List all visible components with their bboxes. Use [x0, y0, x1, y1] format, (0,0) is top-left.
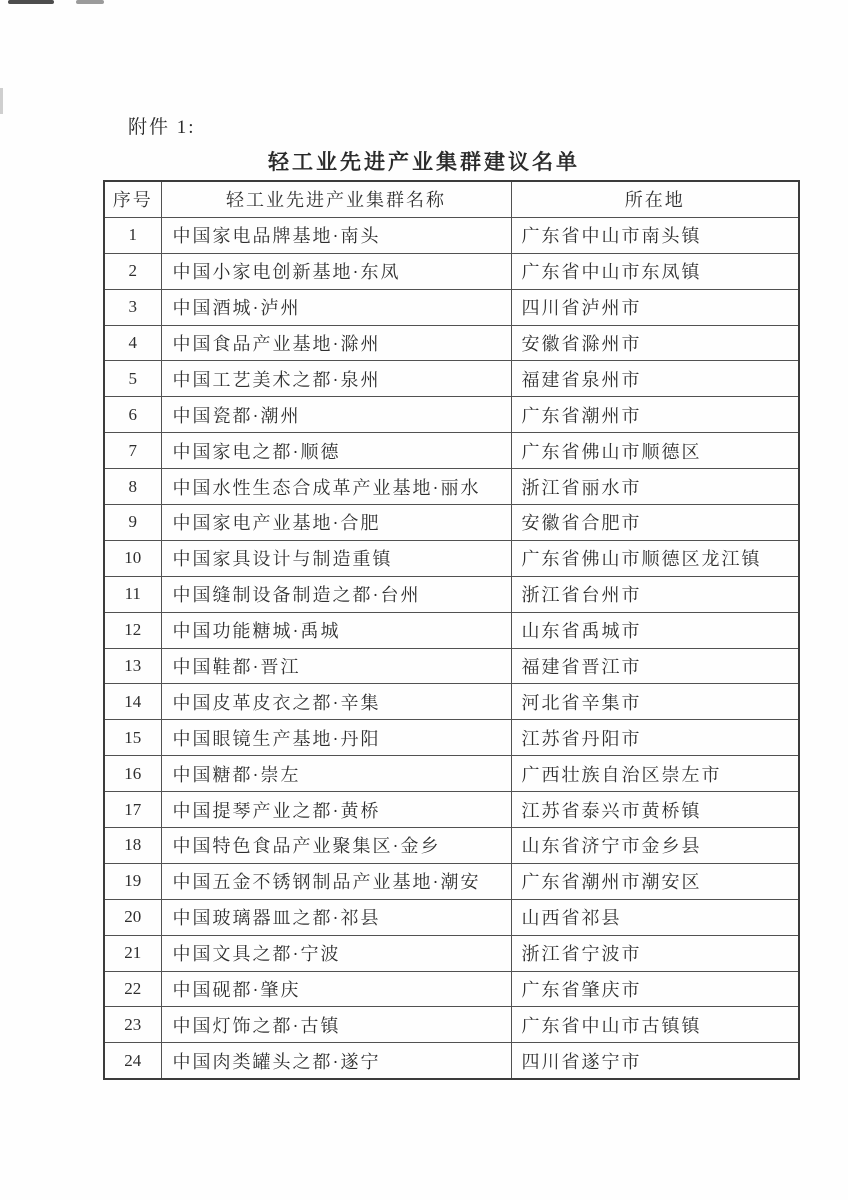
- cell-serial: 3: [104, 289, 161, 325]
- table-body: 1 中国家电品牌基地·南头 广东省中山市南头镇 2 中国小家电创新基地·东凤 广…: [104, 217, 799, 1079]
- cell-name: 中国玻璃器皿之都·祁县: [161, 899, 511, 935]
- column-header-location: 所在地: [511, 181, 799, 217]
- table-row: 5 中国工艺美术之都·泉州 福建省泉州市: [104, 361, 799, 397]
- cell-serial: 21: [104, 935, 161, 971]
- document-page: 附件 1: 轻工业先进产业集群建议名单 序号 轻工业先进产业集群名称 所在地 1…: [0, 0, 848, 1200]
- table-row: 19 中国五金不锈钢制品产业基地·潮安 广东省潮州市潮安区: [104, 863, 799, 899]
- cell-name: 中国家电之都·顺德: [161, 433, 511, 469]
- cell-serial: 4: [104, 325, 161, 361]
- scan-artifact: [0, 88, 3, 114]
- cell-serial: 14: [104, 684, 161, 720]
- cell-serial: 16: [104, 756, 161, 792]
- cell-name: 中国特色食品产业聚集区·金乡: [161, 828, 511, 864]
- table-row: 17 中国提琴产业之都·黄桥 江苏省泰兴市黄桥镇: [104, 792, 799, 828]
- cell-name: 中国小家电创新基地·东凤: [161, 253, 511, 289]
- cell-location: 四川省遂宁市: [511, 1043, 799, 1079]
- cell-location: 浙江省丽水市: [511, 469, 799, 505]
- cell-serial: 10: [104, 540, 161, 576]
- document-title: 轻工业先进产业集群建议名单: [0, 146, 848, 176]
- cell-serial: 8: [104, 469, 161, 505]
- cell-serial: 18: [104, 828, 161, 864]
- cell-location: 广东省中山市南头镇: [511, 217, 799, 253]
- table-row: 9 中国家电产业基地·合肥 安徽省合肥市: [104, 505, 799, 541]
- cell-name: 中国酒城·泸州: [161, 289, 511, 325]
- table-header-row: 序号 轻工业先进产业集群名称 所在地: [104, 181, 799, 217]
- column-header-name: 轻工业先进产业集群名称: [161, 181, 511, 217]
- cell-location: 山西省祁县: [511, 899, 799, 935]
- table-row: 6 中国瓷都·潮州 广东省潮州市: [104, 397, 799, 433]
- cell-location: 安徽省合肥市: [511, 505, 799, 541]
- cell-name: 中国工艺美术之都·泉州: [161, 361, 511, 397]
- cell-serial: 20: [104, 899, 161, 935]
- table-row: 14 中国皮革皮衣之都·辛集 河北省辛集市: [104, 684, 799, 720]
- cell-name: 中国水性生态合成革产业基地·丽水: [161, 469, 511, 505]
- cell-location: 江苏省丹阳市: [511, 720, 799, 756]
- table-row: 18 中国特色食品产业聚集区·金乡 山东省济宁市金乡县: [104, 828, 799, 864]
- column-header-serial: 序号: [104, 181, 161, 217]
- cluster-table: 序号 轻工业先进产业集群名称 所在地 1 中国家电品牌基地·南头 广东省中山市南…: [103, 180, 800, 1080]
- scan-artifact: [8, 0, 54, 4]
- cell-location: 广东省潮州市潮安区: [511, 863, 799, 899]
- cell-name: 中国灯饰之都·古镇: [161, 1007, 511, 1043]
- cell-serial: 22: [104, 971, 161, 1007]
- cell-serial: 2: [104, 253, 161, 289]
- cell-location: 广东省潮州市: [511, 397, 799, 433]
- cell-name: 中国鞋都·晋江: [161, 648, 511, 684]
- table-row: 20 中国玻璃器皿之都·祁县 山西省祁县: [104, 899, 799, 935]
- table-row: 11 中国缝制设备制造之都·台州 浙江省台州市: [104, 576, 799, 612]
- table-row: 8 中国水性生态合成革产业基地·丽水 浙江省丽水市: [104, 469, 799, 505]
- cell-serial: 5: [104, 361, 161, 397]
- cell-name: 中国砚都·肇庆: [161, 971, 511, 1007]
- table-row: 1 中国家电品牌基地·南头 广东省中山市南头镇: [104, 217, 799, 253]
- cell-location: 河北省辛集市: [511, 684, 799, 720]
- cell-location: 江苏省泰兴市黄桥镇: [511, 792, 799, 828]
- cell-serial: 1: [104, 217, 161, 253]
- cell-location: 广西壮族自治区崇左市: [511, 756, 799, 792]
- table-row: 10 中国家具设计与制造重镇 广东省佛山市顺德区龙江镇: [104, 540, 799, 576]
- cell-serial: 13: [104, 648, 161, 684]
- cell-name: 中国皮革皮衣之都·辛集: [161, 684, 511, 720]
- cell-location: 安徽省滁州市: [511, 325, 799, 361]
- table-row: 2 中国小家电创新基地·东凤 广东省中山市东凤镇: [104, 253, 799, 289]
- cell-name: 中国提琴产业之都·黄桥: [161, 792, 511, 828]
- cell-serial: 19: [104, 863, 161, 899]
- table-row: 16 中国糖都·崇左 广西壮族自治区崇左市: [104, 756, 799, 792]
- cell-name: 中国家电产业基地·合肥: [161, 505, 511, 541]
- cell-location: 浙江省台州市: [511, 576, 799, 612]
- cell-name: 中国眼镜生产基地·丹阳: [161, 720, 511, 756]
- cell-location: 四川省泸州市: [511, 289, 799, 325]
- cell-name: 中国肉类罐头之都·遂宁: [161, 1043, 511, 1079]
- cell-name: 中国家具设计与制造重镇: [161, 540, 511, 576]
- cell-name: 中国文具之都·宁波: [161, 935, 511, 971]
- cell-name: 中国糖都·崇左: [161, 756, 511, 792]
- cell-name: 中国瓷都·潮州: [161, 397, 511, 433]
- cell-location: 广东省佛山市顺德区: [511, 433, 799, 469]
- cell-serial: 9: [104, 505, 161, 541]
- table-row: 12 中国功能糖城·禹城 山东省禹城市: [104, 612, 799, 648]
- cell-serial: 12: [104, 612, 161, 648]
- cell-serial: 6: [104, 397, 161, 433]
- cell-location: 广东省肇庆市: [511, 971, 799, 1007]
- table-row: 13 中国鞋都·晋江 福建省晋江市: [104, 648, 799, 684]
- cell-name: 中国五金不锈钢制品产业基地·潮安: [161, 863, 511, 899]
- cell-name: 中国食品产业基地·滁州: [161, 325, 511, 361]
- cell-name: 中国家电品牌基地·南头: [161, 217, 511, 253]
- cell-serial: 15: [104, 720, 161, 756]
- cell-location: 福建省泉州市: [511, 361, 799, 397]
- table-row: 3 中国酒城·泸州 四川省泸州市: [104, 289, 799, 325]
- cell-serial: 17: [104, 792, 161, 828]
- cell-name: 中国功能糖城·禹城: [161, 612, 511, 648]
- cell-location: 山东省禹城市: [511, 612, 799, 648]
- cell-name: 中国缝制设备制造之都·台州: [161, 576, 511, 612]
- cell-location: 广东省中山市古镇镇: [511, 1007, 799, 1043]
- table-row: 7 中国家电之都·顺德 广东省佛山市顺德区: [104, 433, 799, 469]
- cell-location: 山东省济宁市金乡县: [511, 828, 799, 864]
- cell-location: 福建省晋江市: [511, 648, 799, 684]
- cell-serial: 23: [104, 1007, 161, 1043]
- cell-location: 广东省中山市东凤镇: [511, 253, 799, 289]
- table-row: 15 中国眼镜生产基地·丹阳 江苏省丹阳市: [104, 720, 799, 756]
- table-row: 4 中国食品产业基地·滁州 安徽省滁州市: [104, 325, 799, 361]
- cell-serial: 24: [104, 1043, 161, 1079]
- cell-serial: 11: [104, 576, 161, 612]
- table-row: 21 中国文具之都·宁波 浙江省宁波市: [104, 935, 799, 971]
- table-row: 23 中国灯饰之都·古镇 广东省中山市古镇镇: [104, 1007, 799, 1043]
- scan-artifact: [76, 0, 104, 4]
- table-row: 22 中国砚都·肇庆 广东省肇庆市: [104, 971, 799, 1007]
- table-row: 24 中国肉类罐头之都·遂宁 四川省遂宁市: [104, 1043, 799, 1079]
- cell-serial: 7: [104, 433, 161, 469]
- attachment-label: 附件 1:: [128, 112, 196, 139]
- cell-location: 广东省佛山市顺德区龙江镇: [511, 540, 799, 576]
- cell-location: 浙江省宁波市: [511, 935, 799, 971]
